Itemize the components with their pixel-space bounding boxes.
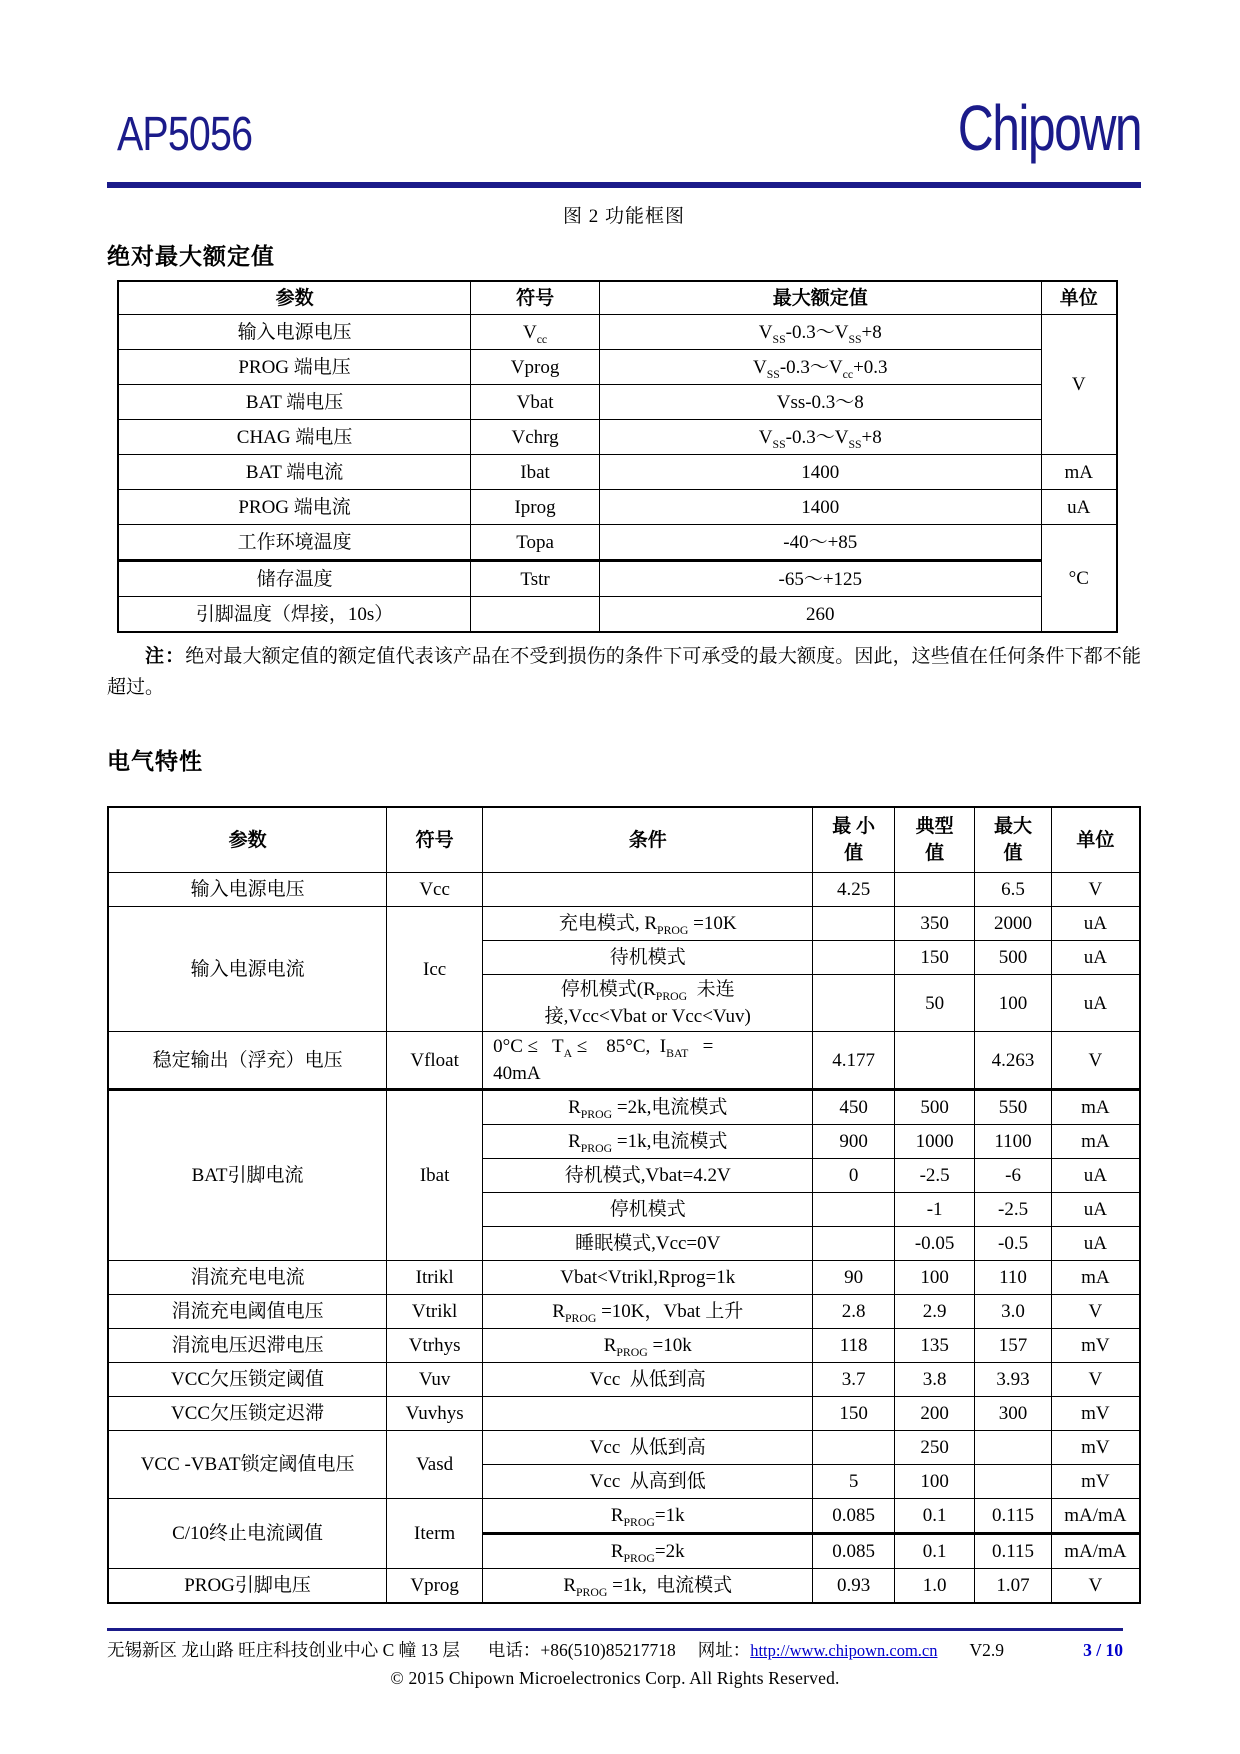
table-cell (483, 873, 813, 907)
abs-max-note: 注：绝对最大额定值的额定值代表该产品在不受到损伤的条件下可承受的最大额度。因此，… (107, 641, 1141, 703)
table-cell: 4.177 (813, 1032, 895, 1090)
table-cell: uA (1051, 1193, 1140, 1227)
table-cell: 0.1 (894, 1499, 974, 1534)
table-cell: 涓流电压迟滞电压 (108, 1329, 387, 1363)
product-title: AP5056 (117, 111, 252, 159)
table-row: PROG 端电流Iprog1400uA (118, 490, 1117, 525)
table-cell: BAT 端电压 (118, 385, 471, 420)
table-cell: 2.8 (813, 1295, 895, 1329)
column-header: 符号 (471, 281, 600, 315)
note-text: 绝对最大额定值的额定值代表该产品在不受到损伤的条件下可承受的最大额度。因此，这些… (107, 646, 1141, 698)
table-cell: Tstr (471, 561, 600, 597)
doc-version: V2.9 (969, 1640, 1004, 1661)
table-cell: 涓流充电电流 (108, 1261, 387, 1295)
table-cell: Vtrikl (387, 1295, 483, 1329)
table-row: 输入电源电流Icc充电模式, RPROG =10K3502000uA (108, 907, 1140, 941)
table-cell: C/10终止电流阈值 (108, 1499, 387, 1569)
table-cell: 2000 (975, 907, 1051, 941)
table-cell: -0.5 (975, 1227, 1051, 1261)
table-row: 涓流充电阈值电压VtriklRPROG =10K，Vbat 上升2.82.93.… (108, 1295, 1140, 1329)
table-cell: Topa (471, 525, 600, 561)
table-cell: °C (1041, 525, 1117, 633)
table-cell: 4.263 (975, 1032, 1051, 1090)
table-cell: 输入电源电流 (108, 907, 387, 1032)
table-cell (813, 941, 895, 975)
table-cell: VCC欠压锁定迟滞 (108, 1397, 387, 1431)
header-rule (107, 182, 1141, 188)
table-cell: uA (1051, 975, 1140, 1032)
table-cell: PROG 端电流 (118, 490, 471, 525)
table-cell: BAT引脚电流 (108, 1090, 387, 1261)
column-header: 最大 值 (975, 807, 1051, 873)
table-cell: V (1041, 315, 1117, 455)
column-header: 参数 (108, 807, 387, 873)
table-row: VCC欠压锁定阈值VuvVcc 从低到高3.73.83.93V (108, 1363, 1140, 1397)
column-header: 最 小 值 (813, 807, 895, 873)
table-row: BAT 端电流Ibat1400mA (118, 455, 1117, 490)
table-cell: Ibat (471, 455, 600, 490)
table-cell: 1400 (600, 490, 1042, 525)
table-cell: 停机模式(RPROG 未连 接,Vcc<Vbat or Vcc<Vuv) (483, 975, 813, 1032)
table-cell (975, 1465, 1051, 1499)
figure-caption: 图 2 功能框图 (107, 201, 1141, 228)
electrical-characteristics-table: 参数符号条件最 小 值典型 值最大 值单位输入电源电压Vcc4.256.5V输入… (107, 806, 1141, 1604)
table-row: VCC -VBAT锁定阈值电压VasdVcc 从低到高250mV (108, 1431, 1140, 1465)
table-cell (813, 1431, 895, 1465)
table-cell: PROG 端电压 (118, 350, 471, 385)
table-cell: 引脚温度（焊接，10s） (118, 597, 471, 633)
table-cell: Ibat (387, 1090, 483, 1261)
website-link[interactable]: http://www.chipown.com.cn (750, 1641, 937, 1661)
table-cell: Vprog (387, 1569, 483, 1604)
table-cell: RPROG =10k (483, 1329, 813, 1363)
table-cell: RPROG=1k (483, 1499, 813, 1534)
table-cell: 1400 (600, 455, 1042, 490)
elec-title: 电气特性 (107, 743, 1141, 776)
table-cell: 3.93 (975, 1363, 1051, 1397)
table-header-row: 参数符号条件最 小 值典型 值最大 值单位 (108, 807, 1140, 873)
table-cell: 100 (975, 975, 1051, 1032)
table-cell: 90 (813, 1261, 895, 1295)
table-row: 输入电源电压VccVSS-0.3～VSS+8V (118, 315, 1117, 350)
table-cell: 待机模式 (483, 941, 813, 975)
table-cell: RPROG=2k (483, 1534, 813, 1569)
brand-logo: Chipown (958, 96, 1141, 160)
table-cell: Vasd (387, 1431, 483, 1499)
table-cell: 150 (813, 1397, 895, 1431)
table-cell: uA (1051, 1159, 1140, 1193)
table-cell (813, 1193, 895, 1227)
table-cell: V (1051, 873, 1140, 907)
table-cell (813, 907, 895, 941)
table-cell (975, 1431, 1051, 1465)
table-cell: 3.7 (813, 1363, 895, 1397)
table-cell: 0.115 (975, 1534, 1051, 1569)
table-cell: 0.085 (813, 1499, 895, 1534)
table-cell: PROG引脚电压 (108, 1569, 387, 1604)
column-header: 最大额定值 (600, 281, 1042, 315)
table-cell: 0 (813, 1159, 895, 1193)
table-cell: 0.1 (894, 1534, 974, 1569)
table-row: C/10终止电流阈值ItermRPROG=1k0.0850.10.115mA/m… (108, 1499, 1140, 1534)
table-cell: 睡眠模式,Vcc=0V (483, 1227, 813, 1261)
page-number: 3 / 10 (1083, 1640, 1123, 1661)
table-cell: Vprog (471, 350, 600, 385)
table-cell: 3.0 (975, 1295, 1051, 1329)
table-cell: CHAG 端电压 (118, 420, 471, 455)
table-cell: 100 (894, 1465, 974, 1499)
table-cell (894, 1032, 974, 1090)
table-cell: -6 (975, 1159, 1051, 1193)
table-cell: RPROG =1k,电流模式 (483, 1125, 813, 1159)
table-cell: -2.5 (975, 1193, 1051, 1227)
table-cell: Icc (387, 907, 483, 1032)
table-cell: V (1051, 1363, 1140, 1397)
table-cell: 工作环境温度 (118, 525, 471, 561)
table-cell (813, 1227, 895, 1261)
table-row: 涓流充电电流ItriklVbat<Vtrikl,Rprog=1k90100110… (108, 1261, 1140, 1295)
table-cell: Vcc 从低到高 (483, 1431, 813, 1465)
table-cell: 110 (975, 1261, 1051, 1295)
column-header: 符号 (387, 807, 483, 873)
table-row: PROG 端电压VprogVSS-0.3～Vcc+0.3 (118, 350, 1117, 385)
table-cell: VSS-0.3～VSS+8 (600, 420, 1042, 455)
table-row: 涓流电压迟滞电压VtrhysRPROG =10k118135157mV (108, 1329, 1140, 1363)
table-cell: 3.8 (894, 1363, 974, 1397)
table-cell: mA (1051, 1125, 1140, 1159)
table-row: 输入电源电压Vcc4.256.5V (108, 873, 1140, 907)
website-label: 网址： (698, 1637, 751, 1662)
table-cell: 118 (813, 1329, 895, 1363)
table-cell: Vchrg (471, 420, 600, 455)
table-cell: 1.07 (975, 1569, 1051, 1604)
note-label: 注： (145, 646, 185, 667)
table-cell: mA (1051, 1261, 1140, 1295)
table-cell: V (1051, 1295, 1140, 1329)
table-cell: 500 (975, 941, 1051, 975)
table-cell: uA (1041, 490, 1117, 525)
table-cell: 50 (894, 975, 974, 1032)
table-cell: Vss-0.3～8 (600, 385, 1042, 420)
table-cell: -65～+125 (600, 561, 1042, 597)
column-header: 参数 (118, 281, 471, 315)
table-cell: 1100 (975, 1125, 1051, 1159)
table-cell: 稳定输出（浮充）电压 (108, 1032, 387, 1090)
table-cell: 260 (600, 597, 1042, 633)
table-cell: 900 (813, 1125, 895, 1159)
table-cell: 550 (975, 1090, 1051, 1125)
table-cell: uA (1051, 1227, 1140, 1261)
table-cell: V (1051, 1569, 1140, 1604)
table-cell: -1 (894, 1193, 974, 1227)
table-row: BAT引脚电流IbatRPROG =2k,电流模式450500550mA (108, 1090, 1140, 1125)
table-cell: V (1051, 1032, 1140, 1090)
table-cell: Vtrhys (387, 1329, 483, 1363)
table-cell: 135 (894, 1329, 974, 1363)
column-header: 典型 值 (894, 807, 974, 873)
table-row: 工作环境温度Topa-40～+85°C (118, 525, 1117, 561)
table-cell: Vuvhys (387, 1397, 483, 1431)
table-cell: VSS-0.3～VSS+8 (600, 315, 1042, 350)
table-row: BAT 端电压VbatVss-0.3～8 (118, 385, 1117, 420)
table-cell: 157 (975, 1329, 1051, 1363)
table-cell (471, 597, 600, 633)
table-cell: 450 (813, 1090, 895, 1125)
table-cell: Vuv (387, 1363, 483, 1397)
page-footer: 无锡新区 龙山路 旺庄科技创业中心 C 幢 13 层 电话：+86(510)85… (107, 1628, 1123, 1689)
table-cell: 待机模式,Vbat=4.2V (483, 1159, 813, 1193)
table-cell: RPROG =10K，Vbat 上升 (483, 1295, 813, 1329)
table-row: 储存温度Tstr-65～+125 (118, 561, 1117, 597)
column-header: 条件 (483, 807, 813, 873)
table-cell: 350 (894, 907, 974, 941)
table-cell: 4.25 (813, 873, 895, 907)
table-cell: Vcc 从高到低 (483, 1465, 813, 1499)
table-cell: Vfloat (387, 1032, 483, 1090)
table-row: VCC欠压锁定迟滞Vuvhys150200300mV (108, 1397, 1140, 1431)
company-address: 无锡新区 龙山路 旺庄科技创业中心 C 幢 13 层 (107, 1637, 460, 1662)
table-row: CHAG 端电压VchrgVSS-0.3～VSS+8 (118, 420, 1117, 455)
table-cell: -40～+85 (600, 525, 1042, 561)
table-cell: -2.5 (894, 1159, 974, 1193)
table-cell: mA/mA (1051, 1499, 1140, 1534)
table-cell (813, 975, 895, 1032)
table-cell: 0.93 (813, 1569, 895, 1604)
table-cell: 250 (894, 1431, 974, 1465)
table-cell: uA (1051, 941, 1140, 975)
table-cell: 0°C ≤ TA ≤ 85°C, IBAT = 40mA (483, 1032, 813, 1090)
table-header-row: 参数符号最大额定值单位 (118, 281, 1117, 315)
table-cell: mA/mA (1051, 1534, 1140, 1569)
column-header: 单位 (1041, 281, 1117, 315)
footer-rule (107, 1628, 1123, 1631)
table-cell: 0.115 (975, 1499, 1051, 1534)
table-cell: mA (1041, 455, 1117, 490)
table-cell: 储存温度 (118, 561, 471, 597)
table-cell: 输入电源电压 (108, 873, 387, 907)
table-cell: mV (1051, 1431, 1140, 1465)
table-row: 引脚温度（焊接，10s）260 (118, 597, 1117, 633)
table-cell: 100 (894, 1261, 974, 1295)
table-cell: RPROG =2k,电流模式 (483, 1090, 813, 1125)
abs-max-title: 绝对最大额定值 (107, 238, 1141, 271)
table-cell: mV (1051, 1397, 1140, 1431)
table-row: PROG引脚电压VprogRPROG =1k, 电流模式0.931.01.07V (108, 1569, 1140, 1604)
page-header: AP5056 Chipown (107, 0, 1141, 160)
table-cell: mV (1051, 1329, 1140, 1363)
table-cell: 1.0 (894, 1569, 974, 1604)
table-cell: 1000 (894, 1125, 974, 1159)
table-cell: 150 (894, 941, 974, 975)
table-cell: 0.085 (813, 1534, 895, 1569)
table-cell: 涓流充电阈值电压 (108, 1295, 387, 1329)
table-cell: 输入电源电压 (118, 315, 471, 350)
absolute-maximum-ratings-table: 参数符号最大额定值单位输入电源电压VccVSS-0.3～VSS+8VPROG 端… (117, 280, 1118, 633)
table-cell: 5 (813, 1465, 895, 1499)
table-cell (483, 1397, 813, 1431)
datasheet-page: AP5056 Chipown 图 2 功能框图 绝对最大额定值 参数符号最大额定… (0, 0, 1240, 1754)
table-cell: Vbat (471, 385, 600, 420)
table-cell: 2.9 (894, 1295, 974, 1329)
table-cell: Vcc (387, 873, 483, 907)
table-row: 稳定输出（浮充）电压Vfloat0°C ≤ TA ≤ 85°C, IBAT = … (108, 1032, 1140, 1090)
footer-info-line: 无锡新区 龙山路 旺庄科技创业中心 C 幢 13 层 电话：+86(510)85… (107, 1637, 1123, 1662)
table-cell: 300 (975, 1397, 1051, 1431)
table-cell: VCC -VBAT锁定阈值电压 (108, 1431, 387, 1499)
table-cell: VSS-0.3～Vcc+0.3 (600, 350, 1042, 385)
table-cell: -0.05 (894, 1227, 974, 1261)
table-cell: 6.5 (975, 873, 1051, 907)
table-cell: mV (1051, 1465, 1140, 1499)
table-cell: Iterm (387, 1499, 483, 1569)
table-cell: 200 (894, 1397, 974, 1431)
table-cell: Vcc 从低到高 (483, 1363, 813, 1397)
table-cell: 500 (894, 1090, 974, 1125)
table-cell: Iprog (471, 490, 600, 525)
table-cell: Itrikl (387, 1261, 483, 1295)
table-cell (894, 873, 974, 907)
table-cell: RPROG =1k, 电流模式 (483, 1569, 813, 1604)
table-cell: 充电模式, RPROG =10K (483, 907, 813, 941)
table-cell: uA (1051, 907, 1140, 941)
table-cell: mA (1051, 1090, 1140, 1125)
copyright: © 2015 Chipown Microelectronics Corp. Al… (107, 1668, 1123, 1689)
table-cell: 停机模式 (483, 1193, 813, 1227)
table-cell: VCC欠压锁定阈值 (108, 1363, 387, 1397)
column-header: 单位 (1051, 807, 1140, 873)
company-phone: 电话：+86(510)85217718 (488, 1637, 676, 1662)
table-cell: Vbat<Vtrikl,Rprog=1k (483, 1261, 813, 1295)
table-cell: Vcc (471, 315, 600, 350)
table-cell: BAT 端电流 (118, 455, 471, 490)
